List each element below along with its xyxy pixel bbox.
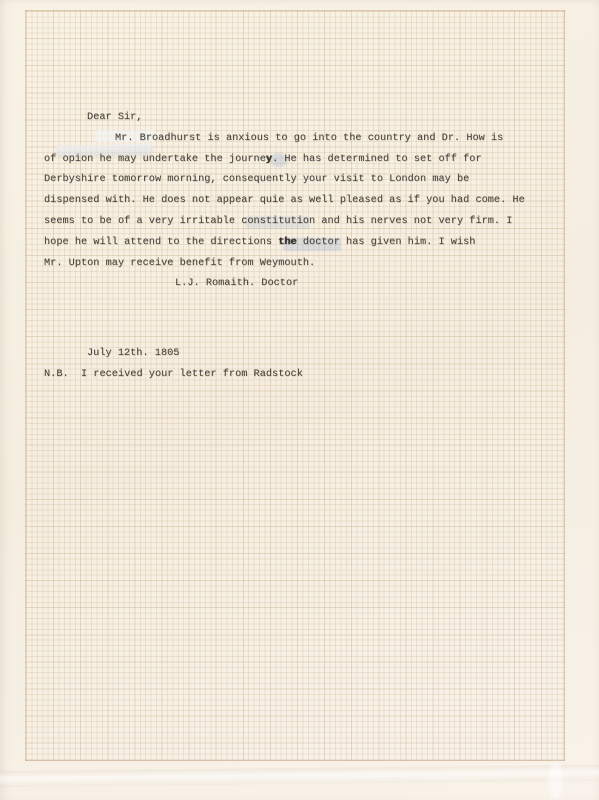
- letter-line: N.B. I received your letter from Radstoc…: [44, 365, 564, 386]
- letter-line: Mr. Broadhurst is anxious to go into the…: [44, 129, 564, 150]
- overstruck-text: the: [278, 237, 297, 248]
- letter-line: dispensed with. He does not appear quie …: [44, 191, 564, 212]
- letter-text: L.J. Romaith. Doctor: [175, 278, 298, 289]
- letter-line: L.J. Romaith. Doctor: [44, 274, 564, 295]
- letter-body: Dear Sir,Mr. Broadhurst is anxious to go…: [44, 108, 564, 295]
- letter-line: seems to be of a very irritable constitu…: [44, 212, 564, 233]
- letter-line: hope he will attend to the directions th…: [44, 233, 564, 254]
- letter-line: Mr. Upton may receive benefit from Weymo…: [44, 254, 564, 275]
- letter-text: of opion he may undertake the journe: [44, 154, 266, 165]
- letter-text: hope he will attend to the directions: [44, 237, 278, 248]
- letter-text: July 12th. 1805: [87, 348, 179, 359]
- letter-text: Derbyshire tomorrow morning, consequentl…: [44, 174, 469, 185]
- letter-text: dispensed with. He does not appear quie …: [44, 195, 525, 206]
- letter-text: doctor has given him. I wish: [297, 237, 476, 248]
- letter-page: Dear Sir,Mr. Broadhurst is anxious to go…: [0, 0, 599, 800]
- letter-line: Dear Sir,: [44, 108, 564, 129]
- letter-text: . He has determined to set off for: [272, 154, 482, 165]
- letter-text: Mr. Broadhurst is anxious to go into the…: [115, 133, 503, 144]
- letter-text: N.B. I received your letter from Radstoc…: [44, 369, 303, 380]
- letter-line: of opion he may undertake the journey. H…: [44, 150, 564, 171]
- letter-line: Derbyshire tomorrow morning, consequentl…: [44, 170, 564, 191]
- letter-text: Mr. Upton may receive benefit from Weymo…: [44, 258, 315, 269]
- letter-date-block: July 12th. 1805N.B. I received your lett…: [44, 344, 564, 386]
- letter-line: July 12th. 1805: [44, 344, 564, 365]
- letter-text: Dear Sir,: [87, 112, 142, 123]
- letter-text: seems to be of a very irritable constitu…: [44, 216, 512, 227]
- paper-crease: [0, 765, 599, 787]
- paper-stain: [549, 763, 562, 799]
